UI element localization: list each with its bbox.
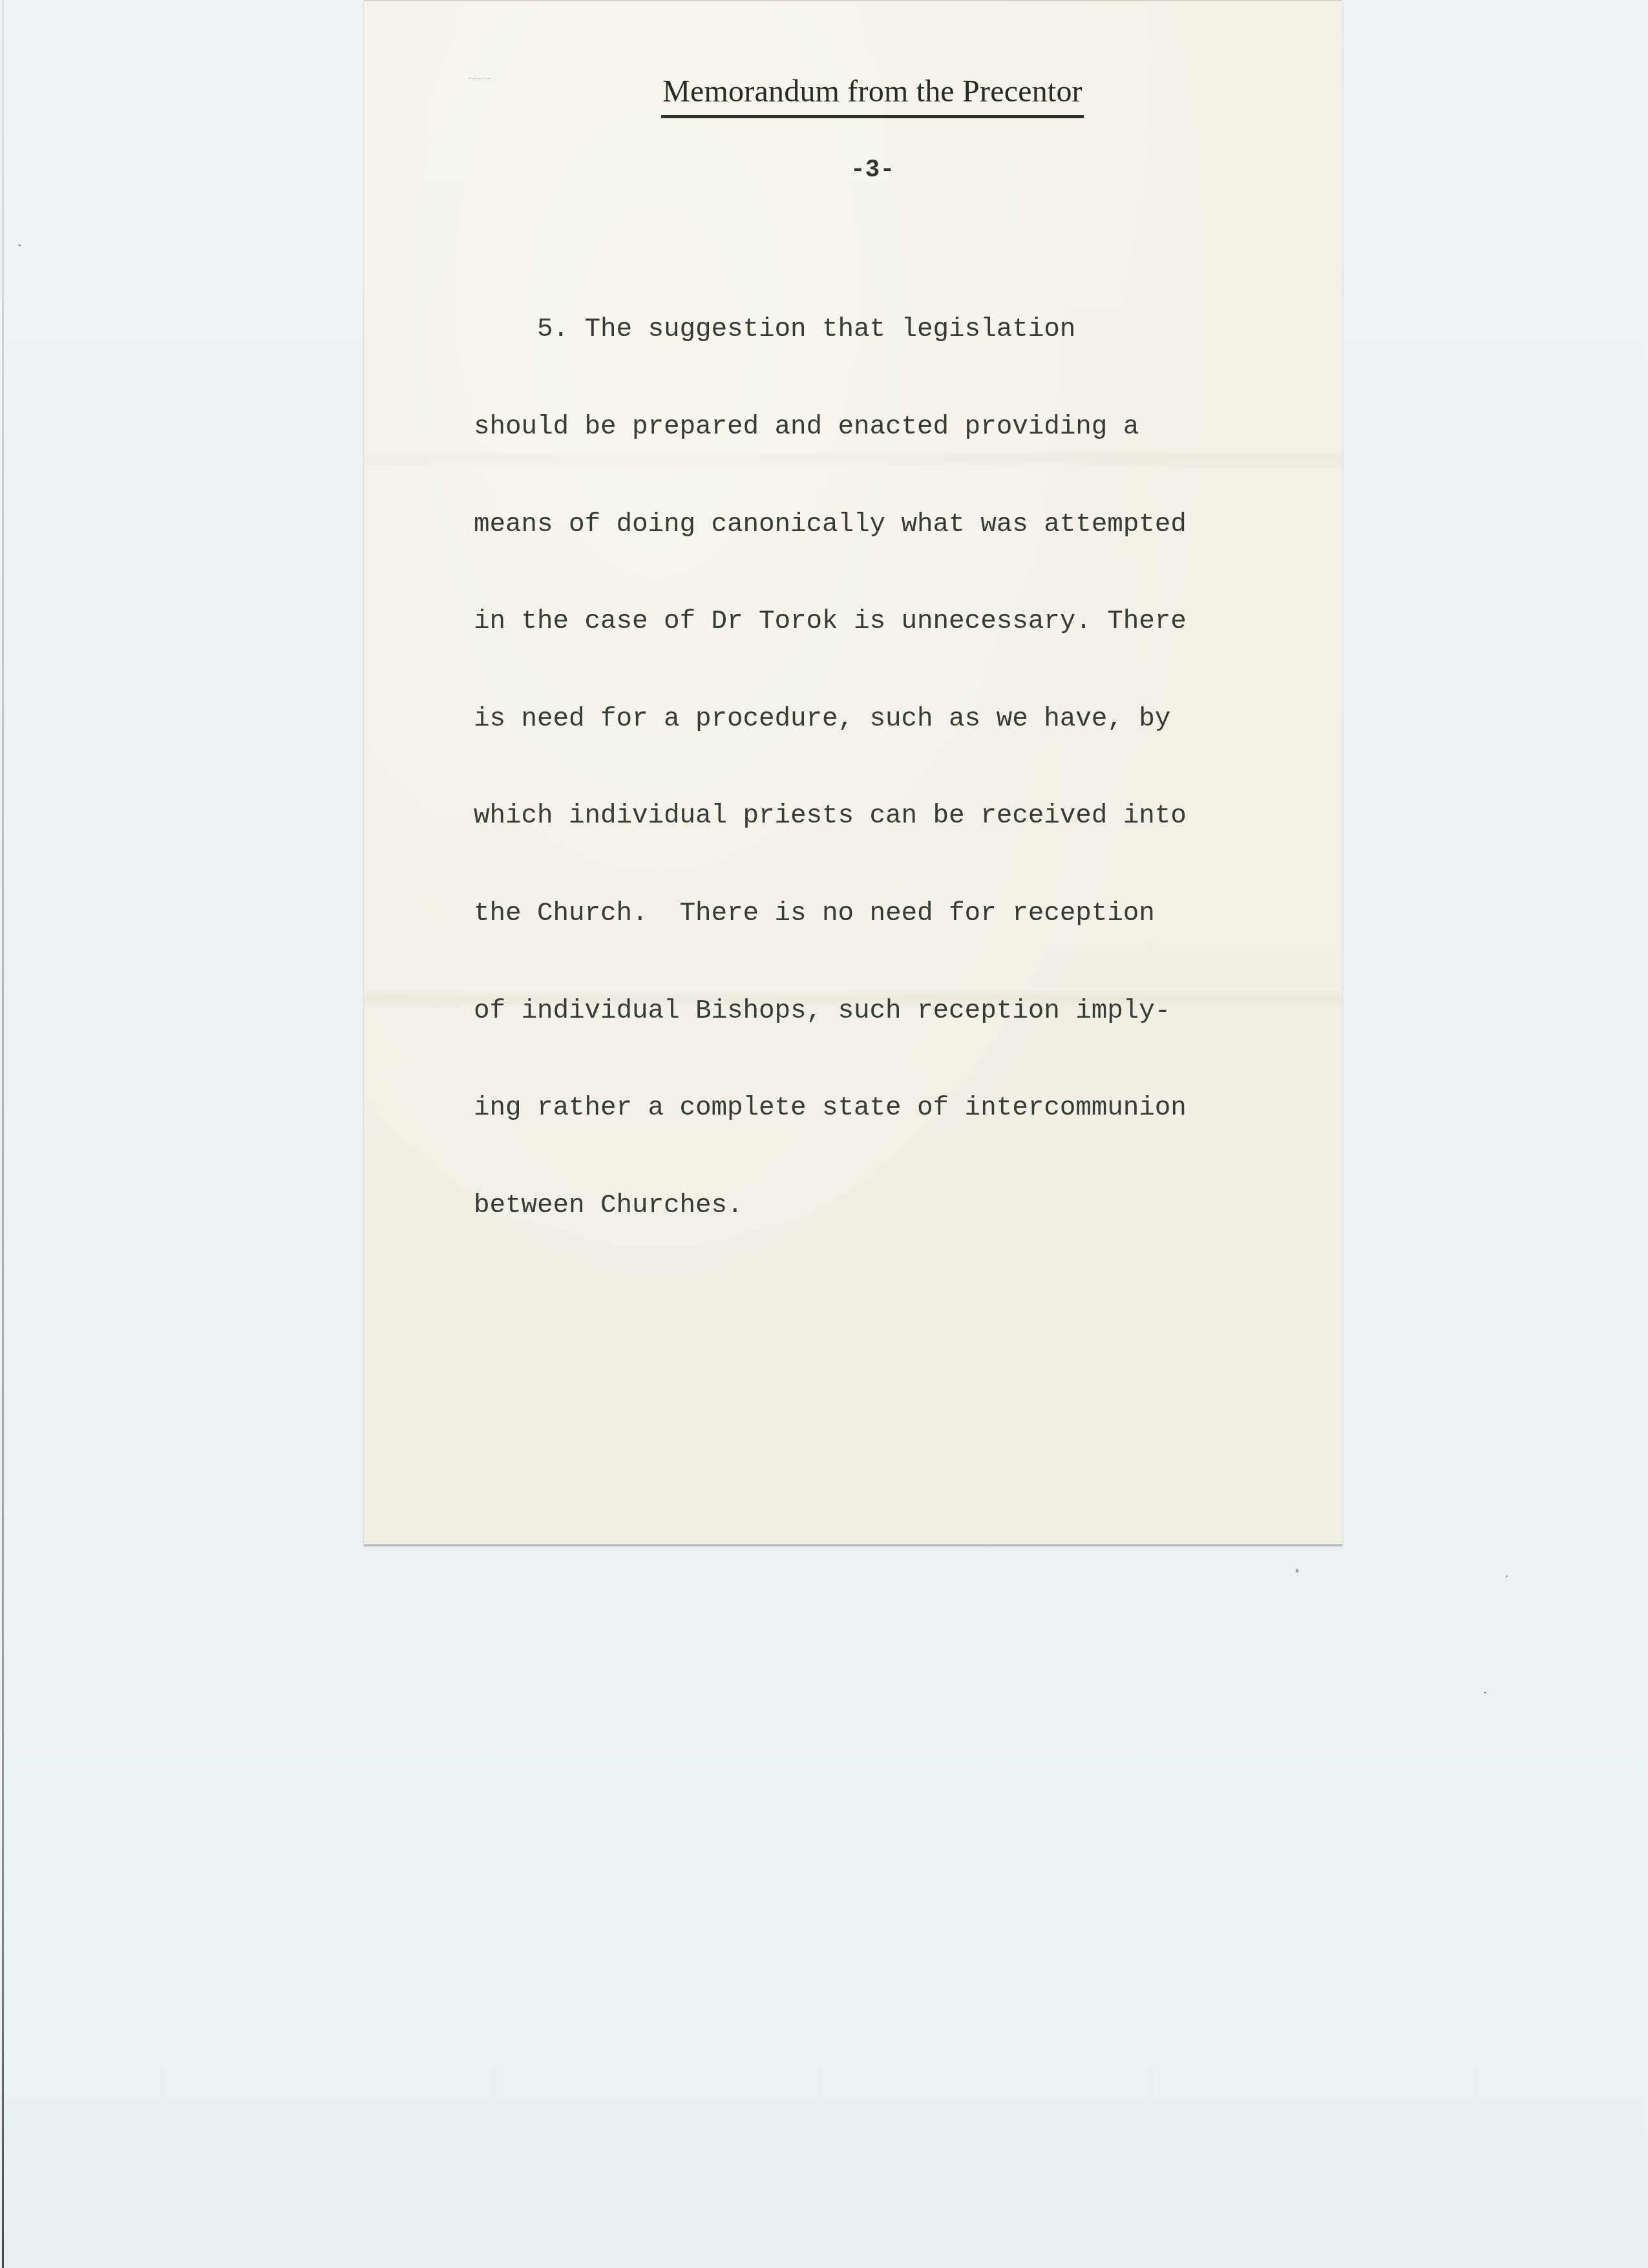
- text-line: between Churches.: [474, 1190, 1249, 1222]
- text-line: the Church. There is no need for recepti…: [474, 898, 1249, 930]
- memo-page: ~-~ Memorandum from the Precentor -3- 5.…: [364, 0, 1342, 1544]
- text-line: which individual priests can be received…: [474, 800, 1249, 832]
- paragraph-5: 5. The suggestion that legislation shoul…: [474, 249, 1249, 1286]
- page-number: -3-: [364, 156, 1342, 184]
- text-line: means of doing canonically what was atte…: [474, 509, 1249, 541]
- background-speck: [1484, 1692, 1486, 1694]
- text-line: is need for a procedure, such as we have…: [474, 703, 1249, 735]
- background-speck: [1296, 1569, 1298, 1573]
- text-line: should be prepared and enacted providing…: [474, 411, 1249, 443]
- memo-header: Memorandum from the Precentor: [364, 74, 1342, 118]
- text-line: 5. The suggestion that legislation: [474, 313, 1249, 346]
- text-line: in the case of Dr Torok is unnecessary. …: [474, 605, 1249, 638]
- text-line: ing rather a complete state of intercomm…: [474, 1092, 1249, 1124]
- scanner-edge-line: [2, 0, 4, 2268]
- background-speck: [1506, 1575, 1508, 1577]
- background-speck: [18, 244, 21, 246]
- text-line: of individual Bishops, such reception im…: [474, 995, 1249, 1027]
- memo-title: Memorandum from the Precentor: [661, 74, 1084, 118]
